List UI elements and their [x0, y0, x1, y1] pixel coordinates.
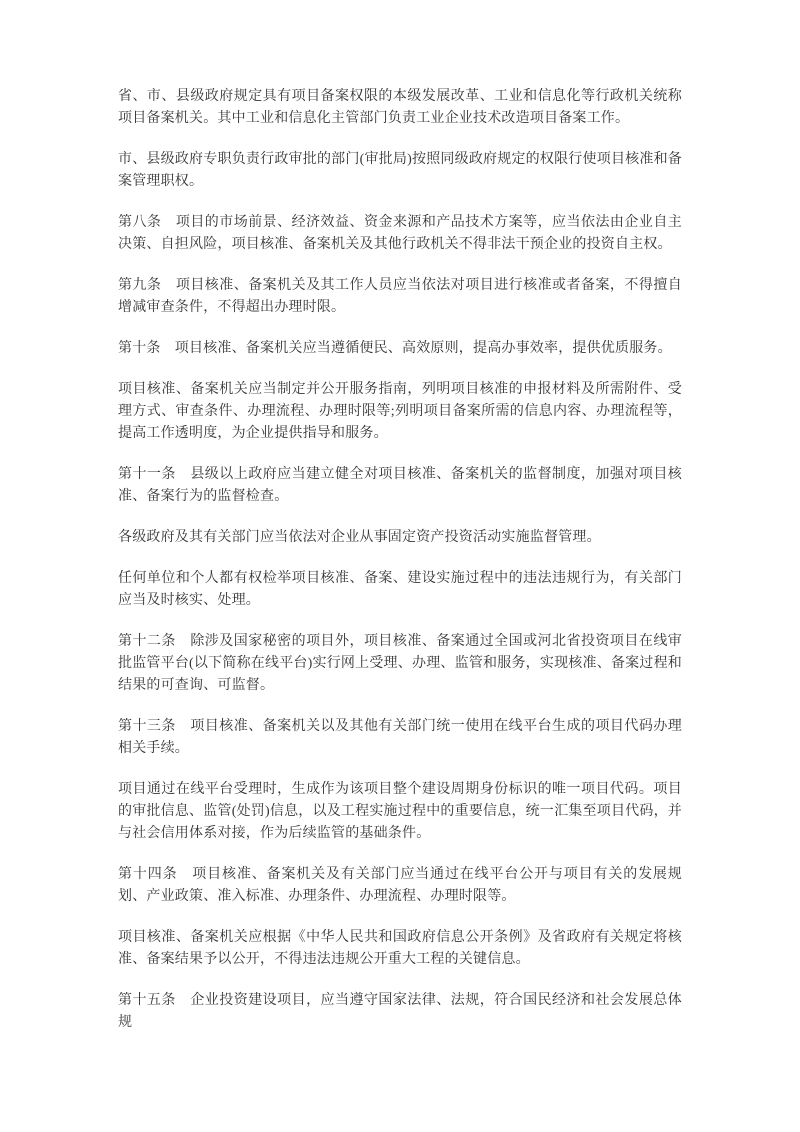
document-paragraph: 第十五条 企业投资建设项目，应当遵守国家法律、法规，符合国民经济和社会发展总体规: [118, 990, 682, 1034]
document-paragraph: 第九条 项目核准、备案机关及其工作人员应当依法对项目进行核准或者备案，不得擅自增…: [118, 275, 682, 319]
document-paragraph: 第八条 项目的市场前景、经济效益、资金来源和产品技术方案等，应当依法由企业自主决…: [118, 212, 682, 256]
document-paragraph: 市、县级政府专职负责行政审批的部门(审批局)按照同级政府规定的权限行使项目核准和…: [118, 149, 682, 193]
document-paragraph: 项目通过在线平台受理时，生成作为该项目整个建设周期身份标识的唯一项目代码。项目的…: [118, 779, 682, 845]
document-paragraph: 项目核准、备案机关应根据《中华人民共和国政府信息公开条例》及省政府有关规定将核准…: [118, 927, 682, 971]
document-paragraph: 第十四条 项目核准、备案机关及有关部门应当通过在线平台公开与项目有关的发展规划、…: [118, 864, 682, 908]
document-paragraph: 第十二条 除涉及国家秘密的项目外，项目核准、备案通过全国或河北省投资项目在线审批…: [118, 631, 682, 697]
document-paragraph: 省、市、县级政府规定具有项目备案权限的本级发展改革、工业和信息化等行政机关统称项…: [118, 86, 682, 130]
document-body: 省、市、县级政府规定具有项目备案权限的本级发展改革、工业和信息化等行政机关统称项…: [118, 86, 682, 1034]
document-paragraph: 第十一条 县级以上政府应当建立健全对项目核准、备案机关的监督制度，加强对项目核准…: [118, 464, 682, 508]
document-paragraph: 任何单位和个人都有权检举项目核准、备案、建设实施过程中的违法违规行为，有关部门应…: [118, 568, 682, 612]
document-paragraph: 第十条 项目核准、备案机关应当遵循便民、高效原则，提高办事效率，提供优质服务。: [118, 338, 682, 360]
document-paragraph: 各级政府及其有关部门应当依法对企业从事固定资产投资活动实施监督管理。: [118, 527, 682, 549]
document-paragraph: 第十三条 项目核准、备案机关以及其他有关部门统一使用在线平台生成的项目代码办理相…: [118, 716, 682, 760]
document-paragraph: 项目核准、备案机关应当制定并公开服务指南，列明项目核准的申报材料及所需附件、受理…: [118, 379, 682, 445]
document-page: 省、市、县级政府规定具有项目备案权限的本级发展改革、工业和信息化等行政机关统称项…: [0, 0, 800, 1132]
